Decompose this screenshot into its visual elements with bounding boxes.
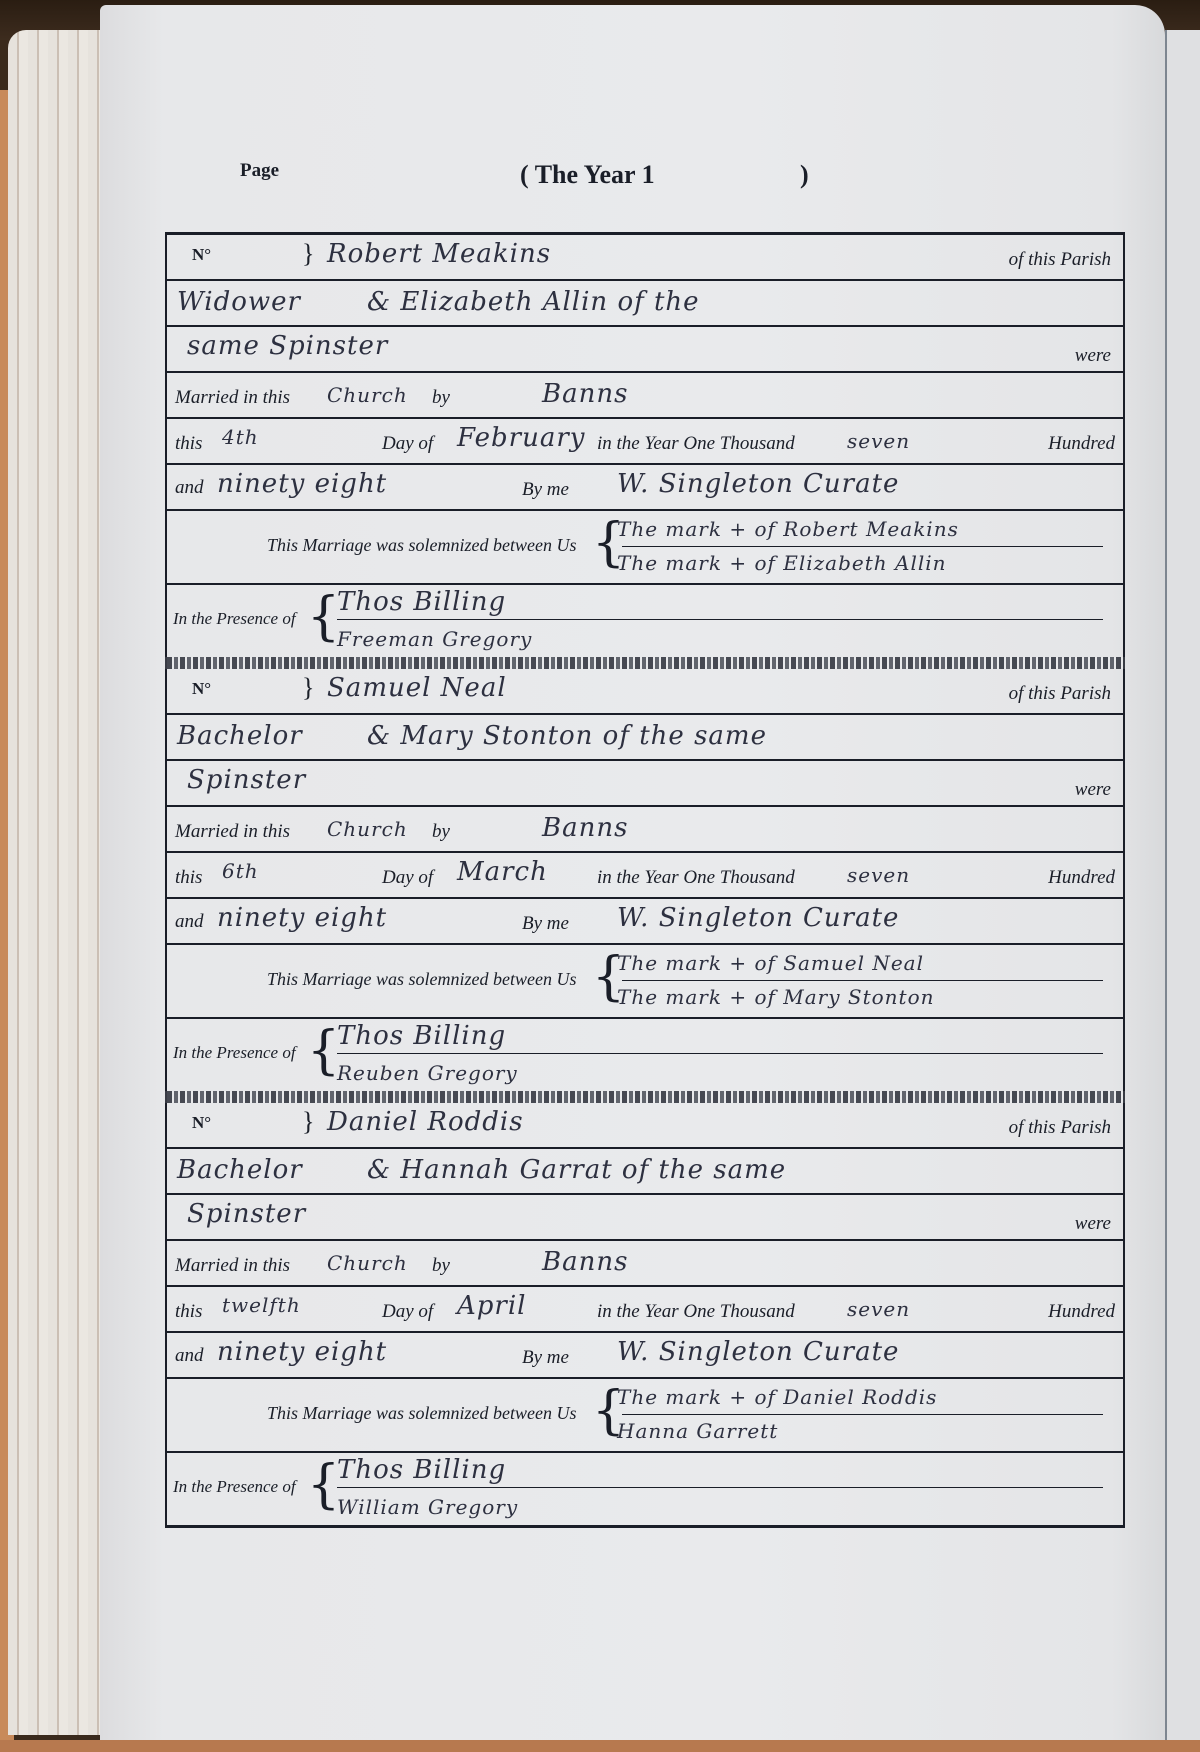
bride-status: same Spinster bbox=[187, 331, 388, 361]
year-phrase-label: in the Year One Thousand bbox=[597, 867, 795, 889]
were-label: were bbox=[1075, 345, 1111, 367]
solemnized-label: This Marriage was solemnized between Us bbox=[267, 1403, 577, 1424]
married-label: Married in this bbox=[175, 387, 290, 409]
solemnized-row: This Marriage was solemnized between Us … bbox=[167, 511, 1123, 585]
hundred-label: Hundred bbox=[1048, 433, 1115, 455]
register-bottom-rule bbox=[165, 1525, 1125, 1528]
signature-1: The mark + of Daniel Roddis bbox=[617, 1385, 937, 1409]
married-label: Married in this bbox=[175, 1255, 290, 1277]
parish-label: of this Parish bbox=[1009, 1117, 1111, 1139]
this-label: this bbox=[175, 867, 202, 889]
day: twelfth bbox=[222, 1293, 301, 1317]
groom-name: Daniel Roddis bbox=[327, 1107, 524, 1137]
parish-label: of this Parish bbox=[1009, 683, 1111, 705]
year-words-2: ninety eight bbox=[217, 903, 387, 933]
witness-divider bbox=[337, 619, 1103, 620]
groom-row: N° } Daniel Roddis of this Parish bbox=[167, 1103, 1123, 1149]
date-row: this 4th Day of February in the Year One… bbox=[167, 419, 1123, 465]
groom-row: N° } Samuel Neal of this Parish bbox=[167, 669, 1123, 715]
ornamental-divider bbox=[165, 1091, 1125, 1103]
this-label: this bbox=[175, 433, 202, 455]
signature-1: The mark + of Robert Meakins bbox=[617, 517, 959, 541]
year-phrase-label: in the Year One Thousand bbox=[597, 1301, 795, 1323]
brace-mark: } bbox=[302, 239, 314, 269]
bride-line: & Mary Stonton of the same bbox=[367, 721, 767, 751]
by-me-label: By me bbox=[522, 1347, 569, 1369]
married-label: Married in this bbox=[175, 821, 290, 843]
method: Banns bbox=[542, 813, 628, 843]
bride-line: & Hannah Garrat of the same bbox=[367, 1155, 786, 1185]
presence-row: In the Presence of { Thos Billing Freema… bbox=[167, 585, 1123, 657]
brace-mark: } bbox=[302, 673, 314, 703]
day-of-label: Day of bbox=[382, 433, 433, 455]
year-label: ( The Year 1 bbox=[520, 160, 655, 190]
date-row: this twelfth Day of April in the Year On… bbox=[167, 1287, 1123, 1333]
bottom-edge bbox=[0, 1740, 1200, 1752]
presence-row: In the Presence of { Thos Billing Willia… bbox=[167, 1453, 1123, 1525]
bride-status: Spinster bbox=[187, 1199, 306, 1229]
ornamental-divider bbox=[165, 657, 1125, 669]
day-of-label: Day of bbox=[382, 867, 433, 889]
brace-mark: { bbox=[307, 591, 340, 643]
year-close: ) bbox=[800, 160, 809, 190]
presence-label: In the Presence of bbox=[173, 609, 296, 629]
solemnized-row: This Marriage was solemnized between Us … bbox=[167, 945, 1123, 1019]
and-label: and bbox=[175, 477, 204, 499]
month: March bbox=[457, 857, 548, 887]
bride-status-row: same Spinster were bbox=[167, 327, 1123, 373]
marriage-entry: N° } Robert Meakins of this Parish Widow… bbox=[165, 232, 1125, 657]
place: Church bbox=[327, 817, 408, 841]
year-words-1: seven bbox=[847, 863, 910, 887]
officiant-row: and ninety eight By me W. Singleton Cura… bbox=[167, 1333, 1123, 1379]
groom-name: Robert Meakins bbox=[327, 239, 551, 269]
day: 4th bbox=[222, 425, 259, 449]
witness-divider bbox=[337, 1053, 1103, 1054]
groom-status: Bachelor bbox=[177, 1155, 303, 1185]
year-phrase-label: in the Year One Thousand bbox=[597, 433, 795, 455]
signature-2: The mark + of Elizabeth Allin bbox=[617, 551, 947, 575]
presence-row: In the Presence of { Thos Billing Reuben… bbox=[167, 1019, 1123, 1091]
by-me-label: By me bbox=[522, 479, 569, 501]
by-label: by bbox=[432, 821, 450, 843]
signature-divider bbox=[622, 980, 1103, 981]
place: Church bbox=[327, 383, 408, 407]
marriage-register: N° } Robert Meakins of this Parish Widow… bbox=[165, 232, 1125, 1528]
signature-1: The mark + of Samuel Neal bbox=[617, 951, 924, 975]
year-words-1: seven bbox=[847, 1297, 910, 1321]
bride-row: Widower & Elizabeth Allin of the bbox=[167, 281, 1123, 327]
witness-1: Thos Billing bbox=[337, 1021, 506, 1051]
method: Banns bbox=[542, 379, 628, 409]
bride-row: Bachelor & Mary Stonton of the same bbox=[167, 715, 1123, 761]
day-of-label: Day of bbox=[382, 1301, 433, 1323]
date-row: this 6th Day of March in the Year One Th… bbox=[167, 853, 1123, 899]
signature-divider bbox=[622, 546, 1103, 547]
by-me-label: By me bbox=[522, 913, 569, 935]
day: 6th bbox=[222, 859, 259, 883]
solemnized-row: This Marriage was solemnized between Us … bbox=[167, 1379, 1123, 1453]
month: February bbox=[457, 423, 585, 453]
number-label: N° bbox=[192, 245, 211, 265]
married-row: Married in this Church by Banns bbox=[167, 373, 1123, 419]
groom-status: Widower bbox=[177, 287, 301, 317]
witness-2: Freeman Gregory bbox=[337, 627, 532, 651]
and-label: and bbox=[175, 1345, 204, 1367]
year-words-1: seven bbox=[847, 429, 910, 453]
by-label: by bbox=[432, 1255, 450, 1277]
married-row: Married in this Church by Banns bbox=[167, 1241, 1123, 1287]
method: Banns bbox=[542, 1247, 628, 1277]
were-label: were bbox=[1075, 779, 1111, 801]
signature-2: Hanna Garrett bbox=[617, 1419, 778, 1443]
year-words-2: ninety eight bbox=[217, 1337, 387, 1367]
witness-1: Thos Billing bbox=[337, 1455, 506, 1485]
bride-status-row: Spinster were bbox=[167, 761, 1123, 807]
marriage-entry: N° } Daniel Roddis of this Parish Bachel… bbox=[165, 1103, 1125, 1525]
bride-status: Spinster bbox=[187, 765, 306, 795]
witness-divider bbox=[337, 1487, 1103, 1488]
and-label: and bbox=[175, 911, 204, 933]
place: Church bbox=[327, 1251, 408, 1275]
this-label: this bbox=[175, 1301, 202, 1323]
officiant: W. Singleton Curate bbox=[617, 1337, 899, 1367]
officiant: W. Singleton Curate bbox=[617, 903, 899, 933]
hundred-label: Hundred bbox=[1048, 867, 1115, 889]
officiant-row: and ninety eight By me W. Singleton Cura… bbox=[167, 465, 1123, 511]
month: April bbox=[457, 1291, 526, 1321]
groom-name: Samuel Neal bbox=[327, 673, 507, 703]
presence-label: In the Presence of bbox=[173, 1043, 296, 1063]
married-row: Married in this Church by Banns bbox=[167, 807, 1123, 853]
brace-mark: { bbox=[307, 1459, 340, 1511]
groom-row: N° } Robert Meakins of this Parish bbox=[167, 235, 1123, 281]
page-header: Page ( The Year 1 ) bbox=[0, 160, 1200, 200]
solemnized-label: This Marriage was solemnized between Us bbox=[267, 535, 577, 556]
witness-2: Reuben Gregory bbox=[337, 1061, 518, 1085]
witness-1: Thos Billing bbox=[337, 587, 506, 617]
groom-status: Bachelor bbox=[177, 721, 303, 751]
were-label: were bbox=[1075, 1213, 1111, 1235]
year-words-2: ninety eight bbox=[217, 469, 387, 499]
officiant-row: and ninety eight By me W. Singleton Cura… bbox=[167, 899, 1123, 945]
number-label: N° bbox=[192, 679, 211, 699]
bride-line: & Elizabeth Allin of the bbox=[367, 287, 700, 317]
brace-mark: } bbox=[302, 1107, 314, 1137]
by-label: by bbox=[432, 387, 450, 409]
facing-page bbox=[1165, 30, 1200, 1752]
hundred-label: Hundred bbox=[1048, 1301, 1115, 1323]
solemnized-label: This Marriage was solemnized between Us bbox=[267, 969, 577, 990]
bride-row: Bachelor & Hannah Garrat of the same bbox=[167, 1149, 1123, 1195]
signature-divider bbox=[622, 1414, 1103, 1415]
number-label: N° bbox=[192, 1113, 211, 1133]
page-label: Page bbox=[240, 160, 279, 182]
brace-mark: { bbox=[307, 1025, 340, 1077]
witness-2: William Gregory bbox=[337, 1495, 518, 1519]
parish-label: of this Parish bbox=[1009, 249, 1111, 271]
marriage-entry: N° } Samuel Neal of this Parish Bachelor… bbox=[165, 669, 1125, 1091]
bride-status-row: Spinster were bbox=[167, 1195, 1123, 1241]
presence-label: In the Presence of bbox=[173, 1477, 296, 1497]
officiant: W. Singleton Curate bbox=[617, 469, 899, 499]
signature-2: The mark + of Mary Stonton bbox=[617, 985, 935, 1009]
